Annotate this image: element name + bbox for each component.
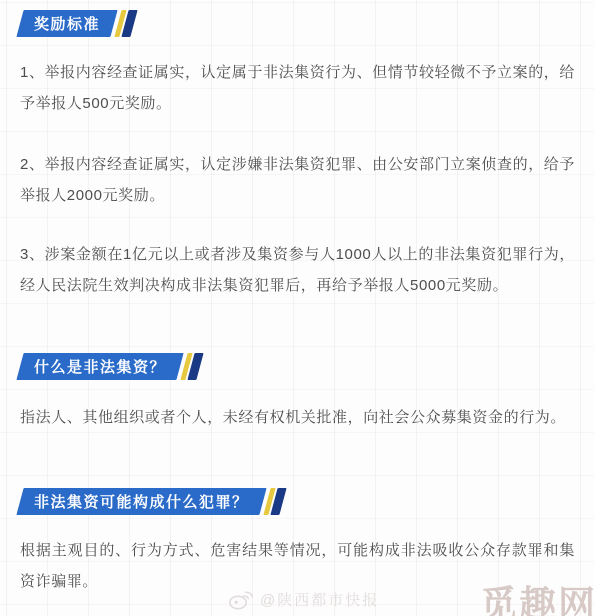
weibo-watermark: @陕西都市快报 bbox=[228, 589, 379, 610]
reward-rule-2: 2、举报内容经查证属实，认定涉嫌非法集资犯罪、由公安部门立案侦查的，给予举报人2… bbox=[20, 149, 575, 211]
section-reward-standards: 奖励标准 1、举报内容经查证属实，认定属于非法集资行为、但情节较轻微不予立案的，… bbox=[0, 10, 594, 301]
banner-plate: 什么是非法集资？ bbox=[16, 353, 183, 380]
infographic-page: 奖励标准 1、举报内容经查证属实，认定属于非法集资行为、但情节较轻微不予立案的，… bbox=[0, 0, 594, 616]
reward-rule-3: 3、涉案金额在1亿元以上或者涉及集资参与人1000人以上的非法集资犯罪行为，经人… bbox=[20, 239, 575, 301]
section-banner-what-is: 什么是非法集资？ bbox=[20, 353, 594, 380]
banner-label: 非法集资可能构成什么犯罪？ bbox=[34, 491, 249, 512]
banner-label: 奖励标准 bbox=[34, 13, 100, 34]
section-banner-crimes: 非法集资可能构成什么犯罪？ bbox=[20, 488, 594, 515]
definition-text: 指法人、其他组织或者个人，未经有权机关批准，向社会公众募集资金的行为。 bbox=[20, 402, 575, 433]
section-banner-reward-standards: 奖励标准 bbox=[20, 10, 594, 37]
banner-plate: 奖励标准 bbox=[16, 10, 117, 37]
weibo-handle-text: @陕西都市快报 bbox=[260, 589, 379, 610]
site-watermark: 觅趣网 bbox=[480, 586, 594, 616]
banner-label: 什么是非法集资？ bbox=[34, 356, 166, 377]
section-what-is-illegal-fundraising: 什么是非法集资？ 指法人、其他组织或者个人，未经有权机关批准，向社会公众募集资金… bbox=[0, 353, 594, 433]
banner-plate: 非法集资可能构成什么犯罪？ bbox=[16, 488, 266, 515]
section-possible-crimes: 非法集资可能构成什么犯罪？ 根据主观目的、行为方式、危害结果等情况，可能构成非法… bbox=[0, 488, 594, 597]
weibo-icon bbox=[228, 589, 254, 610]
reward-rule-1: 1、举报内容经查证属实，认定属于非法集资行为、但情节较轻微不予立案的，给予举报人… bbox=[20, 57, 575, 119]
